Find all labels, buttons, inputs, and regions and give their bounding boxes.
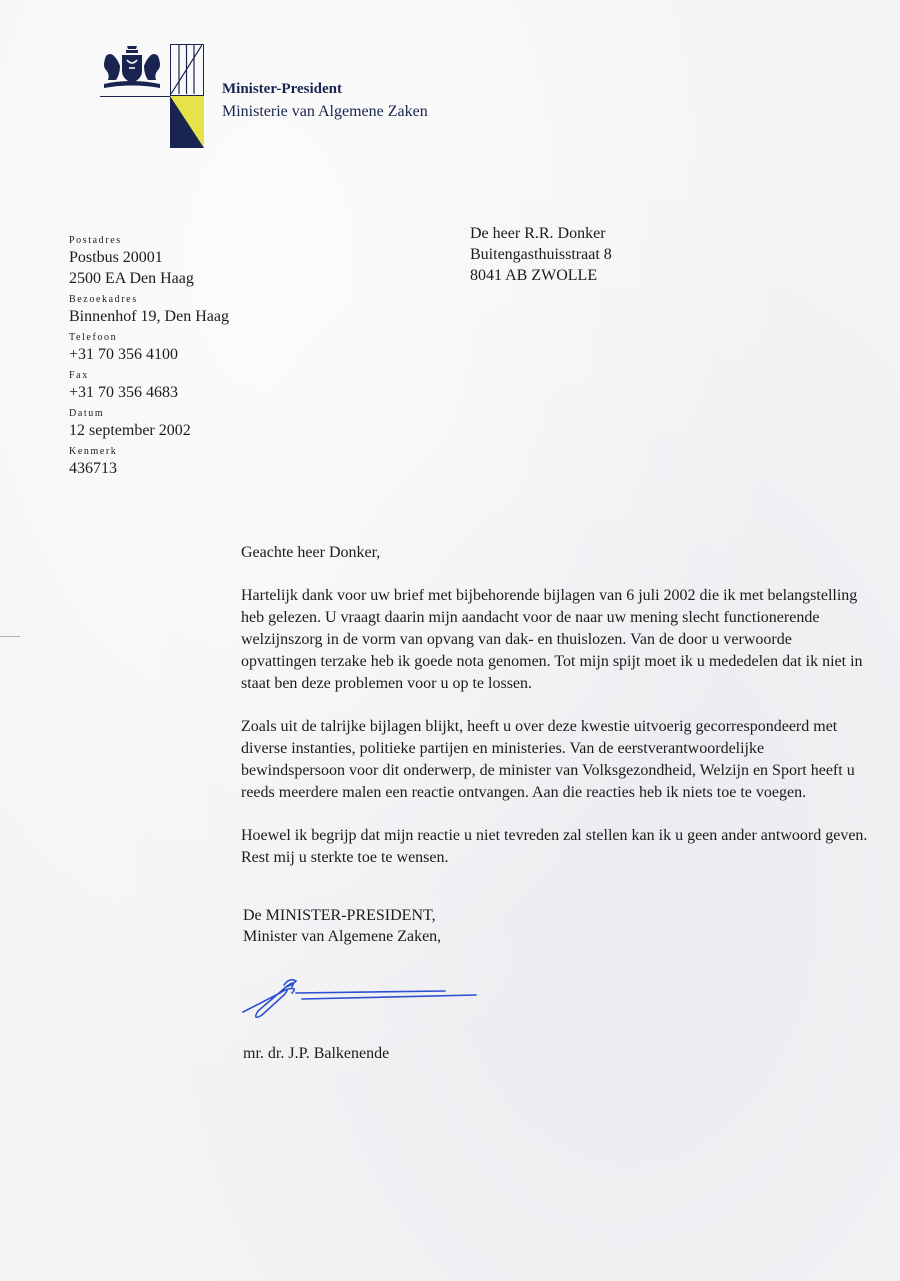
fax-value: +31 70 356 4683 xyxy=(69,382,269,403)
reference-label: Kenmerk xyxy=(69,445,269,458)
closing-title: De MINISTER-PRESIDENT, xyxy=(243,905,441,926)
reference-value: 436713 xyxy=(69,458,269,479)
recipient-street: Buitengasthuisstraat 8 xyxy=(470,244,612,265)
signature-icon xyxy=(240,965,485,1025)
body-paragraph: Hoewel ik begrijp dat mijn reactie u nie… xyxy=(241,825,871,869)
postal-address-line: 2500 EA Den Haag xyxy=(69,268,269,289)
visit-address-block: Bezoekadres Binnenhof 19, Den Haag xyxy=(69,293,269,327)
fax-label: Fax xyxy=(69,369,269,382)
reference-block: Kenmerk 436713 xyxy=(69,445,269,479)
date-block: Datum 12 september 2002 xyxy=(69,407,269,441)
stripes-emblem xyxy=(170,44,204,96)
coat-of-arms-icon xyxy=(100,44,164,94)
closing: De MINISTER-PRESIDENT, Minister van Alge… xyxy=(243,905,441,947)
date-value: 12 september 2002 xyxy=(69,420,269,441)
closing-subtitle: Minister van Algemene Zaken, xyxy=(243,926,441,947)
letter-body: Geachte heer Donker, Hartelijk dank voor… xyxy=(241,542,871,890)
visit-address-label: Bezoekadres xyxy=(69,293,269,306)
letterhead-rule xyxy=(100,96,170,97)
phone-label: Telefoon xyxy=(69,331,269,344)
body-paragraph: Hartelijk dank voor uw brief met bijbeho… xyxy=(241,585,871,695)
org-title: Minister-President xyxy=(222,81,342,98)
phone-value: +31 70 356 4100 xyxy=(69,344,269,365)
fold-mark xyxy=(0,636,20,637)
postal-address-block: Postadres Postbus 20001 2500 EA Den Haag xyxy=(69,234,269,289)
org-subtitle: Ministerie van Algemene Zaken xyxy=(222,103,428,121)
recipient-name: De heer R.R. Donker xyxy=(470,223,612,244)
recipient-address: De heer R.R. Donker Buitengasthuisstraat… xyxy=(470,223,612,286)
visit-address-value: Binnenhof 19, Den Haag xyxy=(69,306,269,327)
postal-address-label: Postadres xyxy=(69,234,269,247)
date-label: Datum xyxy=(69,407,269,420)
recipient-city: 8041 AB ZWOLLE xyxy=(470,265,612,286)
postal-address-line: Postbus 20001 xyxy=(69,247,269,268)
yellow-navy-emblem xyxy=(170,96,204,148)
sender-details: Postadres Postbus 20001 2500 EA Den Haag… xyxy=(69,230,269,479)
salutation: Geachte heer Donker, xyxy=(241,542,871,564)
phone-block: Telefoon +31 70 356 4100 xyxy=(69,331,269,365)
signer-name: mr. dr. J.P. Balkenende xyxy=(243,1045,389,1063)
body-paragraph: Zoals uit de talrijke bijlagen blijkt, h… xyxy=(241,716,871,804)
fax-block: Fax +31 70 356 4683 xyxy=(69,369,269,403)
